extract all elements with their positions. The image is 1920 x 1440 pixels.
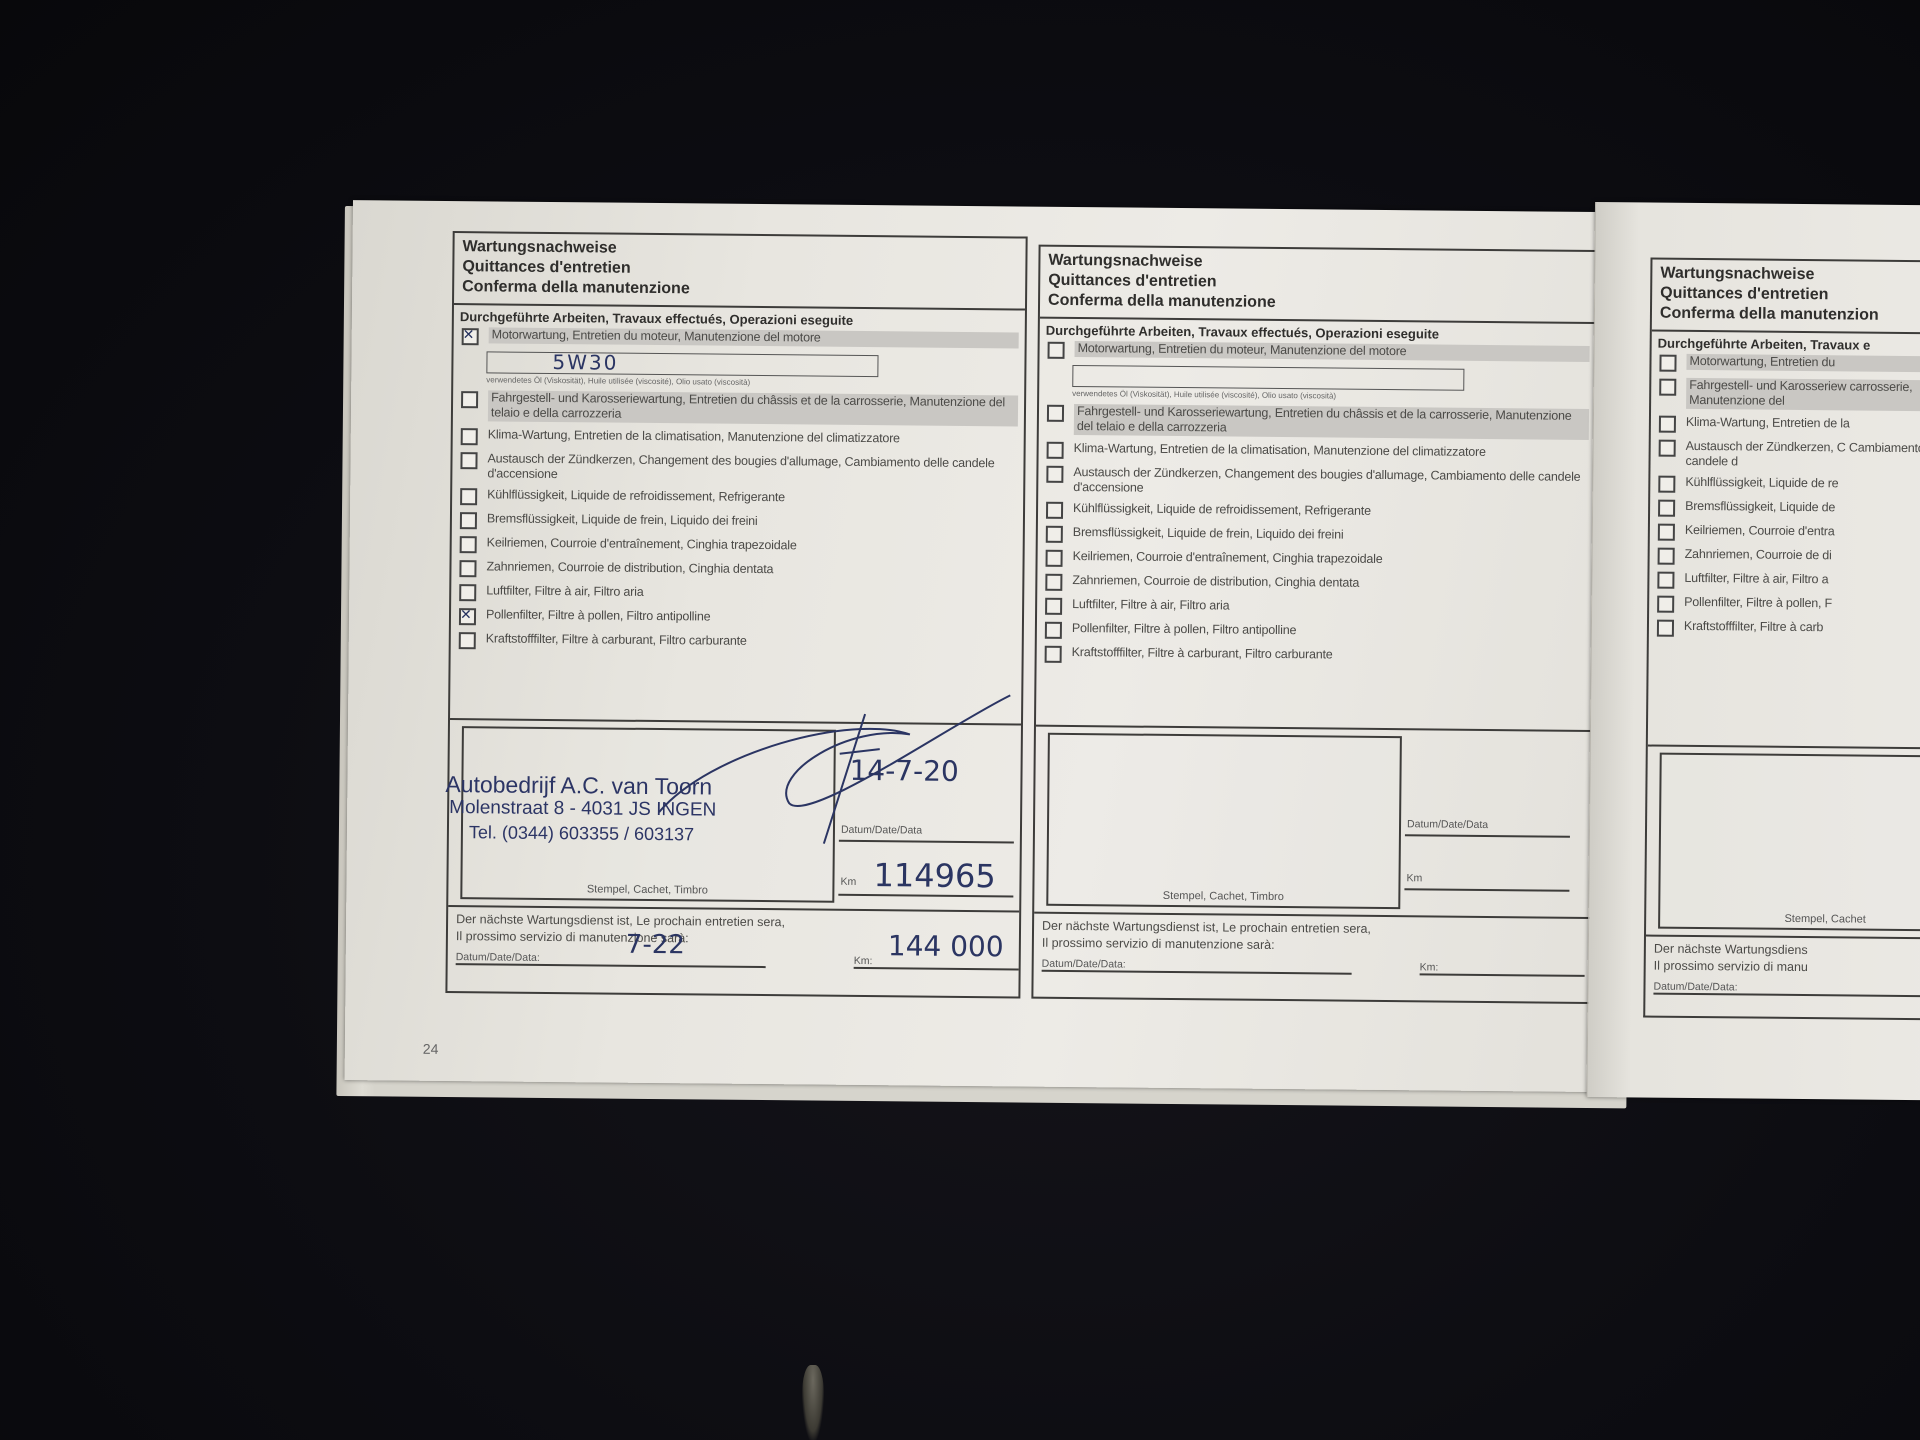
checkbox-checked-icon[interactable] [462, 328, 479, 345]
next-service-km-line[interactable] [1420, 973, 1585, 977]
next-service-km-value: 144 000 [888, 937, 1004, 955]
work-item: Keilriemen, Courroie d'entraînement, Cin… [458, 535, 1017, 558]
stamp-caption: Stempel, Cachet, Timbro [1048, 889, 1398, 904]
work-item: Luftfilter, Filtre à air, Filtro aria [1043, 597, 1587, 620]
checkbox-icon[interactable] [1045, 598, 1062, 615]
left-page: WartungsnachweiseQuittances d'entretienC… [345, 200, 1613, 1092]
oil-viscosity-field[interactable] [1072, 365, 1464, 391]
checkbox-icon[interactable] [1658, 524, 1675, 541]
work-item-label: Fahrgestell- und Karosseriewartung, Entr… [1074, 404, 1589, 440]
checkbox-icon[interactable] [1659, 440, 1676, 457]
stamp-caption: Stempel, Cachet [1660, 912, 1920, 927]
next-service-section: Der nächste Wartungsdienst ist, Le proch… [1033, 912, 1590, 1002]
checkbox-icon[interactable] [460, 488, 477, 505]
work-item: Kraftstofffilter, Filtre à carburant, Fi… [457, 631, 1016, 654]
checkbox-icon[interactable] [1047, 442, 1064, 459]
checkbox-icon[interactable] [1657, 572, 1674, 589]
checkbox-icon[interactable] [1659, 379, 1676, 396]
service-date-line[interactable] [1405, 834, 1570, 838]
checkbox-icon[interactable] [1047, 405, 1064, 422]
work-item: Kraftstofffilter, Filtre à carburant, Fi… [1043, 645, 1587, 668]
work-item-label: Fahrgestell- und Karosseriewartung, Entr… [488, 390, 1018, 426]
work-item-label: Kühlflüssigkeit, Liquide de refroidissem… [487, 487, 785, 505]
work-item-label: Keilriemen, Courroie d'entra [1685, 523, 1835, 539]
service-km-value: 114965 [873, 856, 996, 895]
form-header: WartungsnachweiseQuittances d'entretienC… [1040, 247, 1597, 324]
form-header: WartungsnachweiseQuittances d'entretienC… [1652, 260, 1920, 335]
next-service-date-row: Datum/Date/Data: [1653, 975, 1920, 1000]
work-item: Kühlflüssigkeit, Liquide de re [1656, 475, 1920, 496]
work-item: Austausch der Zündkerzen, Changement des… [1044, 465, 1588, 500]
work-item: Motorwartung, Entretien du moteur, Manut… [460, 327, 1019, 350]
work-item-label: Pollenfilter, Filtre à pollen, Filtro an… [486, 607, 710, 624]
work-item: Kühlflüssigkeit, Liquide de refroidissem… [458, 487, 1017, 510]
work-item-label: Klima-Wartung, Entretien de la climatisa… [488, 427, 900, 446]
right-page: WartungsnachweiseQuittances d'entretienC… [1586, 202, 1920, 1100]
work-item: Zahnriemen, Courroie de di [1656, 547, 1920, 568]
work-item-label: Austausch der Zündkerzen, Changement des… [1073, 465, 1588, 500]
work-item-label: Motorwartung, Entretien du moteur, Manut… [489, 327, 1019, 348]
performed-works: Durchgeführte Arbeiten, Travaux effectué… [451, 305, 1025, 654]
oil-viscosity-caption: verwendetes Öl (Viskosität), Huile utili… [1072, 389, 1589, 403]
next-service-km-line[interactable] [854, 967, 1019, 971]
work-item: Fahrgestell- und Karosseriewartung, Entr… [1045, 404, 1589, 440]
checkbox-icon[interactable] [461, 428, 478, 445]
service-km-line[interactable] [1404, 888, 1569, 892]
work-item-label: Pollenfilter, Filtre à pollen, F [1684, 595, 1832, 611]
checkbox-icon[interactable] [460, 452, 477, 469]
checkbox-icon[interactable] [461, 391, 478, 408]
work-item: Klima-Wartung, Entretien de la climatisa… [1045, 441, 1589, 464]
work-item-label: Fahrgestell- und Karosseriew carrosserie… [1686, 378, 1920, 412]
checkbox-icon[interactable] [1046, 550, 1063, 567]
work-item-label: Kraftstofffilter, Filtre à carburant, Fi… [1072, 645, 1333, 663]
service-date-value: 14-7-20 [849, 754, 959, 788]
work-item: Kühlflüssigkeit, Liquide de refroidissem… [1044, 501, 1588, 524]
work-item: Austausch der Zündkerzen, C Cambiamento … [1656, 439, 1920, 472]
service-date-label: Datum/Date/Data [841, 824, 922, 837]
work-item-label: Kraftstofffilter, Filtre à carburant, Fi… [486, 631, 747, 649]
work-item-label: Pollenfilter, Filtre à pollen, Filtro an… [1072, 621, 1296, 638]
checkbox-icon[interactable] [1046, 526, 1063, 543]
form-header-line: Conferma della manutenzion [1660, 304, 1920, 327]
checkbox-icon[interactable] [1658, 500, 1675, 517]
performed-works: Durchgeführte Arbeiten, Travaux eMotorwa… [1649, 332, 1920, 640]
work-item: Klima-Wartung, Entretien de la climatisa… [459, 427, 1018, 450]
works-title: Durchgeführte Arbeiten, Travaux e [1658, 336, 1920, 354]
next-service-date-row: Datum/Date/Data:Km: [1042, 952, 1582, 979]
checkbox-icon[interactable] [1046, 502, 1063, 519]
maintenance-form-2: WartungsnachweiseQuittances d'entretienC… [1031, 245, 1598, 1004]
stamp-caption: Stempel, Cachet, Timbro [462, 882, 832, 898]
work-item: Luftfilter, Filtre à air, Filtro a [1655, 571, 1920, 592]
service-km-label: Km [840, 876, 856, 888]
oil-viscosity-field[interactable]: 5W30 [486, 351, 878, 377]
work-item: Zahnriemen, Courroie de distribution, Ci… [457, 559, 1016, 582]
next-service-date-row: Datum/Date/Data:7-22Km:144 000 [456, 945, 1011, 972]
work-item-label: Luftfilter, Filtre à air, Filtro a [1684, 571, 1828, 587]
work-item: Keilriemen, Courroie d'entra [1656, 523, 1920, 544]
checkbox-icon[interactable] [1045, 622, 1062, 639]
checkbox-icon[interactable] [459, 632, 476, 649]
work-item: Bremsflüssigkeit, Liquide de frein, Liqu… [1044, 525, 1588, 548]
work-item: Austausch der Zündkerzen, Changement des… [458, 451, 1017, 486]
oil-viscosity-caption: verwendetes Öl (Viskosität), Huile utili… [486, 375, 1018, 389]
work-item: Luftfilter, Filtre à air, Filtro aria [457, 583, 1016, 606]
service-date-label: Datum/Date/Data [1407, 818, 1488, 831]
work-item-label: Austausch der Zündkerzen, Changement des… [487, 451, 1017, 486]
work-item: Pollenfilter, Filtre à pollen, Filtro an… [457, 607, 1016, 630]
work-item: Fahrgestell- und Karosseriew carrosserie… [1657, 378, 1920, 412]
checkbox-icon[interactable] [1657, 620, 1674, 637]
work-item-label: Bremsflüssigkeit, Liquide de [1685, 499, 1835, 515]
next-service-section: Der nächste Wartungsdienst ist, Le proch… [447, 905, 1019, 996]
next-service-section: Der nächste WartungsdiensIl prossimo ser… [1645, 935, 1920, 1019]
checkbox-icon[interactable] [1045, 646, 1062, 663]
checkbox-icon[interactable] [460, 512, 477, 529]
work-item: Kraftstofffilter, Filtre à carb [1655, 619, 1920, 640]
service-booklet: WartungsnachweiseQuittances d'entretienC… [336, 200, 1920, 1115]
form-header-line: Conferma della manutenzione [462, 277, 1017, 302]
form-header: WartungsnachweiseQuittances d'entretienC… [454, 233, 1026, 310]
works-title: Durchgeführte Arbeiten, Travaux effectué… [1046, 323, 1590, 343]
service-km-label: Km [1406, 872, 1422, 884]
performed-works: Durchgeführte Arbeiten, Travaux effectué… [1037, 319, 1596, 668]
work-item-label: Keilriemen, Courroie d'entraînement, Cin… [487, 535, 797, 553]
work-item: Klima-Wartung, Entretien de la [1657, 415, 1920, 436]
checkbox-icon[interactable] [1658, 476, 1675, 493]
work-item-label: Klima-Wartung, Entretien de la [1686, 415, 1850, 432]
works-title: Durchgeführte Arbeiten, Travaux effectué… [460, 309, 1019, 329]
work-item: Keilriemen, Courroie d'entraînement, Cin… [1044, 549, 1588, 572]
checkbox-icon[interactable] [459, 584, 476, 601]
work-item: Zahnriemen, Courroie de distribution, Ci… [1043, 573, 1587, 596]
work-item-label: Klima-Wartung, Entretien de la climatisa… [1074, 441, 1486, 460]
checkbox-icon[interactable] [459, 560, 476, 577]
work-item-label: Zahnriemen, Courroie de distribution, Ci… [1072, 573, 1359, 591]
service-km-line[interactable] [838, 894, 1013, 898]
work-item-label: Kraftstofffilter, Filtre à carb [1684, 619, 1823, 635]
work-item: Fahrgestell- und Karosseriewartung, Entr… [459, 390, 1018, 426]
work-item-label: Bremsflüssigkeit, Liquide de frein, Liqu… [487, 511, 758, 529]
stamp-box: Stempel, Cachet [1658, 753, 1920, 932]
work-item-label: Kühlflüssigkeit, Liquide de re [1685, 475, 1838, 491]
work-item-label: Motorwartung, Entretien du moteur, Manut… [1075, 341, 1590, 362]
work-item-label: Austausch der Zündkerzen, C Cambiamento … [1685, 439, 1920, 472]
checkbox-checked-icon[interactable] [459, 608, 476, 625]
stamp-box: Stempel, Cachet, Timbro [1046, 733, 1402, 909]
checkbox-icon[interactable] [1046, 466, 1063, 483]
work-item: Motorwartung, Entretien du moteur, Manut… [1046, 341, 1590, 364]
work-item: Pollenfilter, Filtre à pollen, Filtro an… [1043, 621, 1587, 644]
work-item: Pollenfilter, Filtre à pollen, F [1655, 595, 1920, 616]
work-item-label: Keilriemen, Courroie d'entraînement, Cin… [1073, 549, 1383, 567]
maintenance-form-3-partial: WartungsnachweiseQuittances d'entretienC… [1643, 258, 1920, 1021]
oil-viscosity-value: 5W30 [552, 350, 618, 375]
work-item-label: Motorwartung, Entretien du [1686, 354, 1920, 373]
stamp-section: Stempel, Cachet [1646, 745, 1920, 940]
checkbox-icon[interactable] [1048, 342, 1065, 359]
work-item: Bremsflüssigkeit, Liquide de [1656, 499, 1920, 520]
stamp-section: Stempel, Cachet, TimbroAutobedrijf A.C. … [448, 718, 1021, 912]
next-service-date-value: 7-22 [626, 937, 685, 955]
key-object [802, 1365, 824, 1440]
checkbox-icon[interactable] [1658, 548, 1675, 565]
work-item-label: Kühlflüssigkeit, Liquide de refroidissem… [1073, 501, 1371, 519]
checkbox-icon[interactable] [1657, 596, 1674, 613]
work-item: Motorwartung, Entretien du [1657, 354, 1920, 375]
checkbox-icon[interactable] [1045, 574, 1062, 591]
form-header-line: Conferma della manutenzione [1048, 291, 1588, 316]
page-number: 24 [423, 1041, 439, 1057]
work-item-label: Bremsflüssigkeit, Liquide de frein, Liqu… [1073, 525, 1344, 543]
work-item-label: Zahnriemen, Courroie de di [1685, 547, 1832, 563]
maintenance-form-1: WartungsnachweiseQuittances d'entretienC… [445, 231, 1027, 998]
stamp-section: Stempel, Cachet, TimbroDatum/Date/DataKm [1034, 725, 1592, 919]
checkbox-icon[interactable] [1659, 355, 1676, 372]
work-item-label: Luftfilter, Filtre à air, Filtro aria [1072, 597, 1229, 614]
checkbox-icon[interactable] [460, 536, 477, 553]
work-item-label: Zahnriemen, Courroie de distribution, Ci… [486, 559, 773, 577]
work-item: Bremsflüssigkeit, Liquide de frein, Liqu… [458, 511, 1017, 534]
work-item-label: Luftfilter, Filtre à air, Filtro aria [486, 583, 643, 600]
checkbox-icon[interactable] [1659, 416, 1676, 433]
